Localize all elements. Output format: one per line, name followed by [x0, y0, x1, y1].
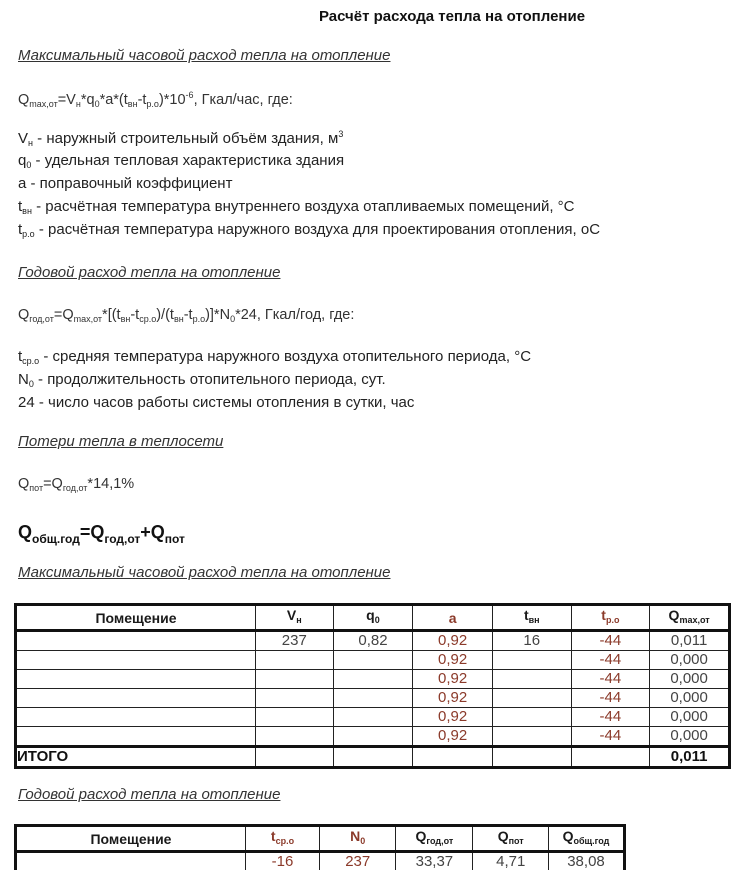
column-header: tвн: [492, 605, 571, 631]
column-header: Помещение: [16, 605, 256, 631]
table-cell: [16, 727, 256, 747]
table-cell: 0,82: [333, 631, 413, 651]
definition-item: 24 - число часов работы системы отоплени…: [18, 394, 414, 411]
table-cell: [16, 651, 256, 670]
table-cell: [333, 689, 413, 708]
table-cell: 0,000: [650, 708, 730, 727]
table-cell: 0,92: [413, 689, 493, 708]
table1-heading: Максимальный часовой расход тепла на ото…: [18, 564, 391, 581]
table-cell: [492, 651, 571, 670]
table-cell: [255, 689, 333, 708]
table-cell: 0,011: [650, 631, 730, 651]
table-cell: 0,92: [413, 631, 493, 651]
formula-losses: Qпот=Qгод,от*14,1%: [18, 476, 134, 493]
column-header: a: [413, 605, 493, 631]
column-header: q0: [333, 605, 413, 631]
table-cell: -44: [571, 708, 650, 727]
table-cell: [333, 708, 413, 727]
table-cell: 237: [255, 631, 333, 651]
table-cell: [16, 708, 256, 727]
column-header: tр.о: [571, 605, 650, 631]
section-max-hourly: Максимальный часовой расход тепла на ото…: [18, 47, 391, 64]
table-row: 0,92-440,000: [16, 670, 730, 689]
column-header: Помещение: [16, 826, 246, 852]
total-row: ИТОГО0,011: [16, 747, 730, 768]
table-cell: [492, 670, 571, 689]
table-cell: [333, 651, 413, 670]
table-cell: -44: [571, 651, 650, 670]
table-cell: -16: [245, 852, 319, 870]
table-row: 0,92-440,000: [16, 689, 730, 708]
definition-item: tр.о - расчётная температура наружного в…: [18, 221, 600, 239]
max-hourly-table: ПомещениеVнq0atвнtр.оQmax,от 2370,820,92…: [14, 603, 731, 769]
table-row: 2370,820,9216-440,011: [16, 631, 730, 651]
formula-max-hourly: Qmax,от=Vн*q0*a*(tвн-tр.о)*10-6, Гкал/ча…: [18, 90, 293, 109]
definition-item: Vн - наружный строительный объём здания,…: [18, 129, 343, 148]
table-cell: [16, 631, 256, 651]
table-cell: [16, 852, 246, 870]
column-header: Qmax,от: [650, 605, 730, 631]
table-row: 0,92-440,000: [16, 651, 730, 670]
definition-item: tвн - расчётная температура внутреннего …: [18, 198, 575, 216]
total-cell: [413, 747, 493, 768]
table-row: 0,92-440,000: [16, 727, 730, 747]
table-cell: [255, 727, 333, 747]
table-cell: 0,000: [650, 689, 730, 708]
column-header: Vн: [255, 605, 333, 631]
table-cell: [16, 689, 256, 708]
total-cell: [333, 747, 413, 768]
table-cell: [255, 670, 333, 689]
table-cell: [333, 727, 413, 747]
total-cell: [571, 747, 650, 768]
formula-annual: Qгод,от=Qmax,от*[(tвн-tср.о)/(tвн-tр.о)]…: [18, 307, 354, 324]
column-header: Qгод,от: [396, 826, 473, 852]
table-cell: 33,37: [396, 852, 473, 870]
table-cell: 0,92: [413, 727, 493, 747]
table-cell: [333, 670, 413, 689]
table-cell: 0,92: [413, 651, 493, 670]
table-cell: 237: [320, 852, 396, 870]
table-cell: -44: [571, 689, 650, 708]
table-cell: 0,92: [413, 670, 493, 689]
total-cell: [492, 747, 571, 768]
table-cell: [492, 689, 571, 708]
table-cell: 0,000: [650, 670, 730, 689]
table-cell: 16: [492, 631, 571, 651]
section-losses: Потери тепла в теплосети: [18, 433, 223, 450]
table-cell: [492, 708, 571, 727]
section-annual: Годовой расход тепла на отопление: [18, 264, 280, 281]
table-cell: [255, 651, 333, 670]
formula-total-annual: Qобщ.год=Qгод,от+Qпот: [18, 522, 185, 546]
table2-heading: Годовой расход тепла на отопление: [18, 786, 280, 803]
table-cell: -44: [571, 670, 650, 689]
total-label: ИТОГО: [16, 747, 256, 768]
column-header: Qпот: [473, 826, 549, 852]
column-header: Qобщ.год: [549, 826, 625, 852]
table-cell: 0,92: [413, 708, 493, 727]
table-row: -1623733,374,7138,08: [16, 852, 625, 870]
table-cell: [492, 727, 571, 747]
definition-item: a - поправочный коэффициент: [18, 175, 232, 192]
definition-item: N0 - продолжительность отопительного пер…: [18, 371, 386, 389]
table-cell: [255, 708, 333, 727]
table-cell: -44: [571, 631, 650, 651]
table-cell: [16, 670, 256, 689]
total-cell: 0,011: [650, 747, 730, 768]
table-cell: 38,08: [549, 852, 625, 870]
table-cell: -44: [571, 727, 650, 747]
definition-item: q0 - удельная тепловая характеристика зд…: [18, 152, 344, 170]
total-cell: [255, 747, 333, 768]
page-title: Расчёт расхода тепла на отопление: [0, 8, 750, 25]
column-header: N0: [320, 826, 396, 852]
table-cell: 0,000: [650, 651, 730, 670]
column-header: tср.о: [245, 826, 319, 852]
definition-item: tср.о - средняя температура наружного во…: [18, 348, 531, 366]
table-cell: 0,000: [650, 727, 730, 747]
table-row: 0,92-440,000: [16, 708, 730, 727]
annual-table: Помещениеtср.оN0Qгод,отQпотQобщ.год -162…: [14, 824, 626, 870]
table-cell: 4,71: [473, 852, 549, 870]
